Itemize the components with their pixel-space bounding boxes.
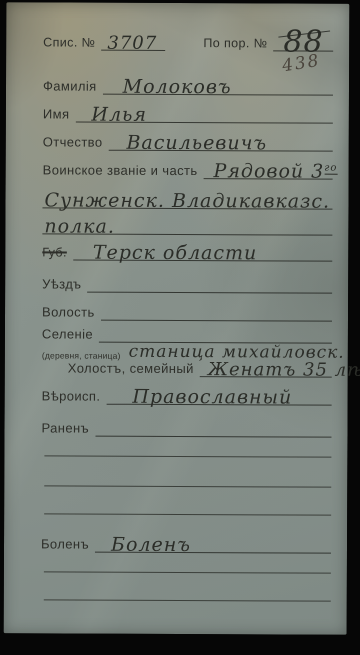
religion-line: Православный (106, 385, 331, 406)
rank-unit-value-line3: полка. (44, 217, 115, 236)
ruled-line (44, 444, 331, 457)
field-row-rank-unit-line2: Сунженск. Владикавказс. (42, 186, 332, 209)
marital-label: Холостъ, семейный (68, 362, 194, 378)
field-row-rank-unit-line3: полка. (42, 214, 332, 235)
first-name-label: Имя (43, 107, 70, 122)
ruled-line (44, 560, 331, 573)
rank-unit-label: Воинское званіе и часть (43, 163, 198, 179)
field-row-volost: Волость (42, 300, 332, 321)
province-line: Терск области (73, 241, 333, 262)
scanned-photo-background: { "page": { "background_color": "#060606… (0, 0, 360, 655)
marital-line: Женатъ 35 лѣтъ (200, 357, 332, 378)
field-row-rank-unit: Воинское званіе и часть Рядовой 3го (43, 158, 333, 179)
blank-line (44, 502, 331, 515)
field-row-province: Губ. Терск области (42, 240, 332, 261)
field-row-sick: Боленъ Боленъ (41, 530, 331, 553)
wounded-line (95, 417, 331, 438)
blank-line (44, 444, 331, 457)
blank-line (44, 588, 331, 601)
sick-value: Боленъ (111, 536, 191, 555)
surname-label: Фамилія (43, 79, 97, 94)
blank-line (44, 560, 331, 573)
field-row-wounded: Раненъ (41, 416, 331, 437)
religion-label: Вѣроисп. (42, 389, 101, 404)
field-row-district: Уѣздъ (42, 272, 332, 293)
volost-label: Волость (42, 305, 95, 320)
district-label: Уѣздъ (42, 277, 81, 292)
surname-value: Молоковъ (123, 78, 232, 97)
patronymic-value: Васильевичъ (126, 134, 267, 154)
ruled-line (44, 474, 331, 487)
field-row-first-name: Имя Илья (43, 102, 333, 123)
surname-line: Молоковъ (103, 75, 333, 96)
rank-unit-value-main: Рядовой 3 (214, 160, 325, 182)
list-number-value: 3707 (107, 35, 157, 53)
first-name-value: Илья (91, 106, 147, 125)
list-number-label: Спис. № (43, 36, 95, 51)
marital-value: Женатъ 35 лѣтъ (208, 361, 360, 380)
settlement-label: Селеніе (42, 327, 93, 342)
province-label: Губ. (42, 246, 67, 261)
ruled-line (44, 588, 331, 601)
order-number-label: По пор. № (203, 37, 267, 52)
wounded-label: Раненъ (41, 421, 89, 436)
record-card: Спис. № 3707 По пор. № 88 438 Фамилія Мо… (4, 2, 350, 634)
province-value: Терск области (93, 244, 258, 264)
sick-line: Боленъ (95, 531, 331, 554)
patronymic-line: Васильевичъ (108, 131, 332, 152)
volost-line (101, 301, 332, 322)
rank-unit-value-line2: Сунженск. Владикавказс. (44, 191, 330, 211)
rank-unit-value: Рядовой 3го (214, 162, 338, 182)
field-row-marital: Холостъ, семейный Женатъ 35 лѣтъ (68, 357, 332, 378)
list-number-line: 3707 (101, 29, 165, 51)
religion-value: Православный (132, 388, 292, 408)
rank-unit-value-sup: го (324, 162, 337, 174)
rank-unit-line3: полка. (42, 214, 332, 235)
header-row: Спис. № 3707 По пор. № 88 (43, 28, 333, 51)
sick-label: Боленъ (41, 537, 89, 552)
field-row-patronymic: Отчество Васильевичъ (43, 130, 333, 151)
field-row-religion: Вѣроисп. Православный (42, 384, 332, 405)
district-line (87, 273, 332, 294)
field-row-surname: Фамилія Молоковъ (43, 74, 333, 95)
rank-unit-line2: Сунженск. Владикавказс. (42, 186, 332, 209)
rank-unit-line: Рядовой 3го (204, 159, 333, 180)
blank-line (44, 474, 331, 487)
field-row-settlement: Селеніе (42, 322, 332, 343)
ruled-line (44, 502, 331, 515)
first-name-line: Илья (75, 103, 333, 124)
settlement-line (99, 323, 332, 344)
pencil-number: 438 (281, 51, 322, 77)
patronymic-label: Отчество (43, 135, 103, 150)
